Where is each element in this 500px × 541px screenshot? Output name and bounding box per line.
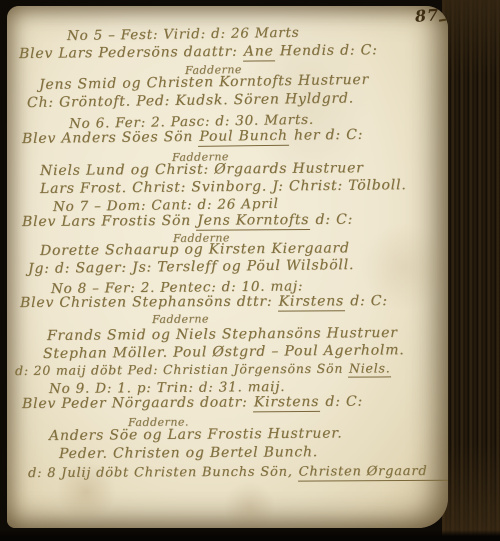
manuscript-scan: 87 No 5 – Fest: Virid: d: 26 Marts Blev …: [0, 0, 500, 541]
line-text: Jg: d: Sager: Js: Tersleff og Pöul Wilsb…: [28, 257, 354, 277]
godparents-label: Fadderne: [152, 312, 209, 326]
godparents-names-line: Peder. Christen og Bertel Bunch.: [59, 444, 318, 462]
line-text: Blev Peder Nörgaards doatr:: [22, 394, 253, 412]
line-text: Frands Smid og Niels Stephansöns Hustrue…: [47, 325, 398, 344]
line-text: Peder. Christen og Bertel Bunch.: [59, 444, 318, 462]
godparents-names-line: Lars Frost. Christ: Svinborg. J: Christ:…: [40, 177, 407, 197]
line-text: Dorette Schaarup og Kirsten Kiergaard: [40, 240, 350, 259]
book-spine-edge: [442, 0, 500, 541]
underlined-name: Niels.: [348, 360, 392, 377]
line-text: Anders Söe og Lars Frostis Hustruer.: [49, 425, 343, 444]
line-text: Jens Smid og Christen Korntofts Hustruer: [39, 72, 369, 93]
line-text: her d: C:: [289, 127, 364, 144]
godparents-names-line: Ch: Gröntoft. Ped: Kudsk. Sören Hyldgrd.: [27, 90, 354, 111]
godparents-names-line: Jg: d: Sager: Js: Tersleff og Pöul Wilsb…: [28, 257, 354, 277]
underlined-name: Ane: [243, 43, 275, 61]
underlined-name: Kirstens: [278, 293, 345, 311]
baptism-note-line: d: 8 Julij döbt Christen Bunchs Sön, Chr…: [28, 464, 448, 481]
baptism-note-line: d: 20 maij döbt Ped: Christian Jörgensön…: [15, 360, 392, 378]
entry-heading-line: No 5 – Fest: Virid: d: 26 Marts: [67, 25, 300, 44]
page-number: 87: [414, 6, 440, 26]
scan-border-bottom: [0, 530, 500, 541]
baptism-entry-line: Blev Lars Pedersöns daattr: Ane Hendis d…: [19, 42, 378, 62]
baptism-entry-line: Blev Lars Frostis Sön Jens Korntofts d: …: [22, 212, 353, 230]
underlined-name: Kirstens: [253, 394, 320, 412]
godparents-names-line: Dorette Schaarup og Kirsten Kiergaard: [40, 240, 350, 259]
line-text: Blev Anders Söes Sön: [22, 129, 199, 147]
line-text: Fadderne: [152, 312, 209, 326]
godparents-names-line: Frands Smid og Niels Stephansöns Hustrue…: [47, 325, 398, 344]
line-text: d: 8 Julij döbt Christen Bunchs Sön,: [28, 465, 298, 481]
line-text: Stephan Möller. Poul Østgrd – Poul Agerh…: [43, 342, 405, 362]
godparents-names-line: Anders Söe og Lars Frostis Hustruer.: [49, 425, 343, 444]
underlined-name: Jens Korntofts: [196, 212, 310, 231]
baptism-entry-line: Blev Anders Söes Sön Poul Bunch her d: C…: [22, 127, 363, 147]
baptism-entry-line: Blev Christen Stephansöns dttr: Kirstens…: [20, 293, 388, 311]
line-text: Blev Christen Stephansöns dttr:: [20, 294, 278, 311]
underlined-name: Poul Bunch: [198, 128, 289, 147]
line-text: d: 20 maij döbt Ped: Christian Jörgensön…: [15, 361, 348, 378]
line-text: Hendis d: C:: [275, 42, 378, 59]
underlined-name: Christen Ørgaard: [298, 464, 448, 482]
godparents-names-line: Stephan Möller. Poul Østgrd – Poul Agerh…: [43, 342, 405, 362]
line-text: Lars Frost. Christ: Svinborg. J: Christ:…: [40, 177, 407, 197]
baptism-entry-line: Blev Peder Nörgaards doatr: Kirstens d: …: [22, 394, 363, 412]
line-text: No 5 – Fest: Virid: d: 26 Marts: [67, 25, 300, 44]
line-text: d: C:: [345, 293, 388, 309]
line-text: Ch: Gröntoft. Ped: Kudsk. Sören Hyldgrd.: [27, 90, 354, 111]
page-number-flourish: [439, 18, 448, 22]
line-text: Niels Lund og Christ: Ørgaards Hustruer: [40, 160, 364, 179]
line-text: Blev Lars Pedersöns daattr:: [19, 44, 243, 62]
godparents-names-line: Jens Smid og Christen Korntofts Hustruer: [39, 72, 369, 93]
line-text: d: C:: [310, 212, 353, 228]
godparents-names-line: Niels Lund og Christ: Ørgaards Hustruer: [40, 160, 364, 179]
line-text: d: C:: [320, 394, 363, 410]
line-text: Blev Lars Frostis Sön: [22, 213, 196, 230]
register-page: 87 No 5 – Fest: Virid: d: 26 Marts Blev …: [7, 6, 448, 528]
